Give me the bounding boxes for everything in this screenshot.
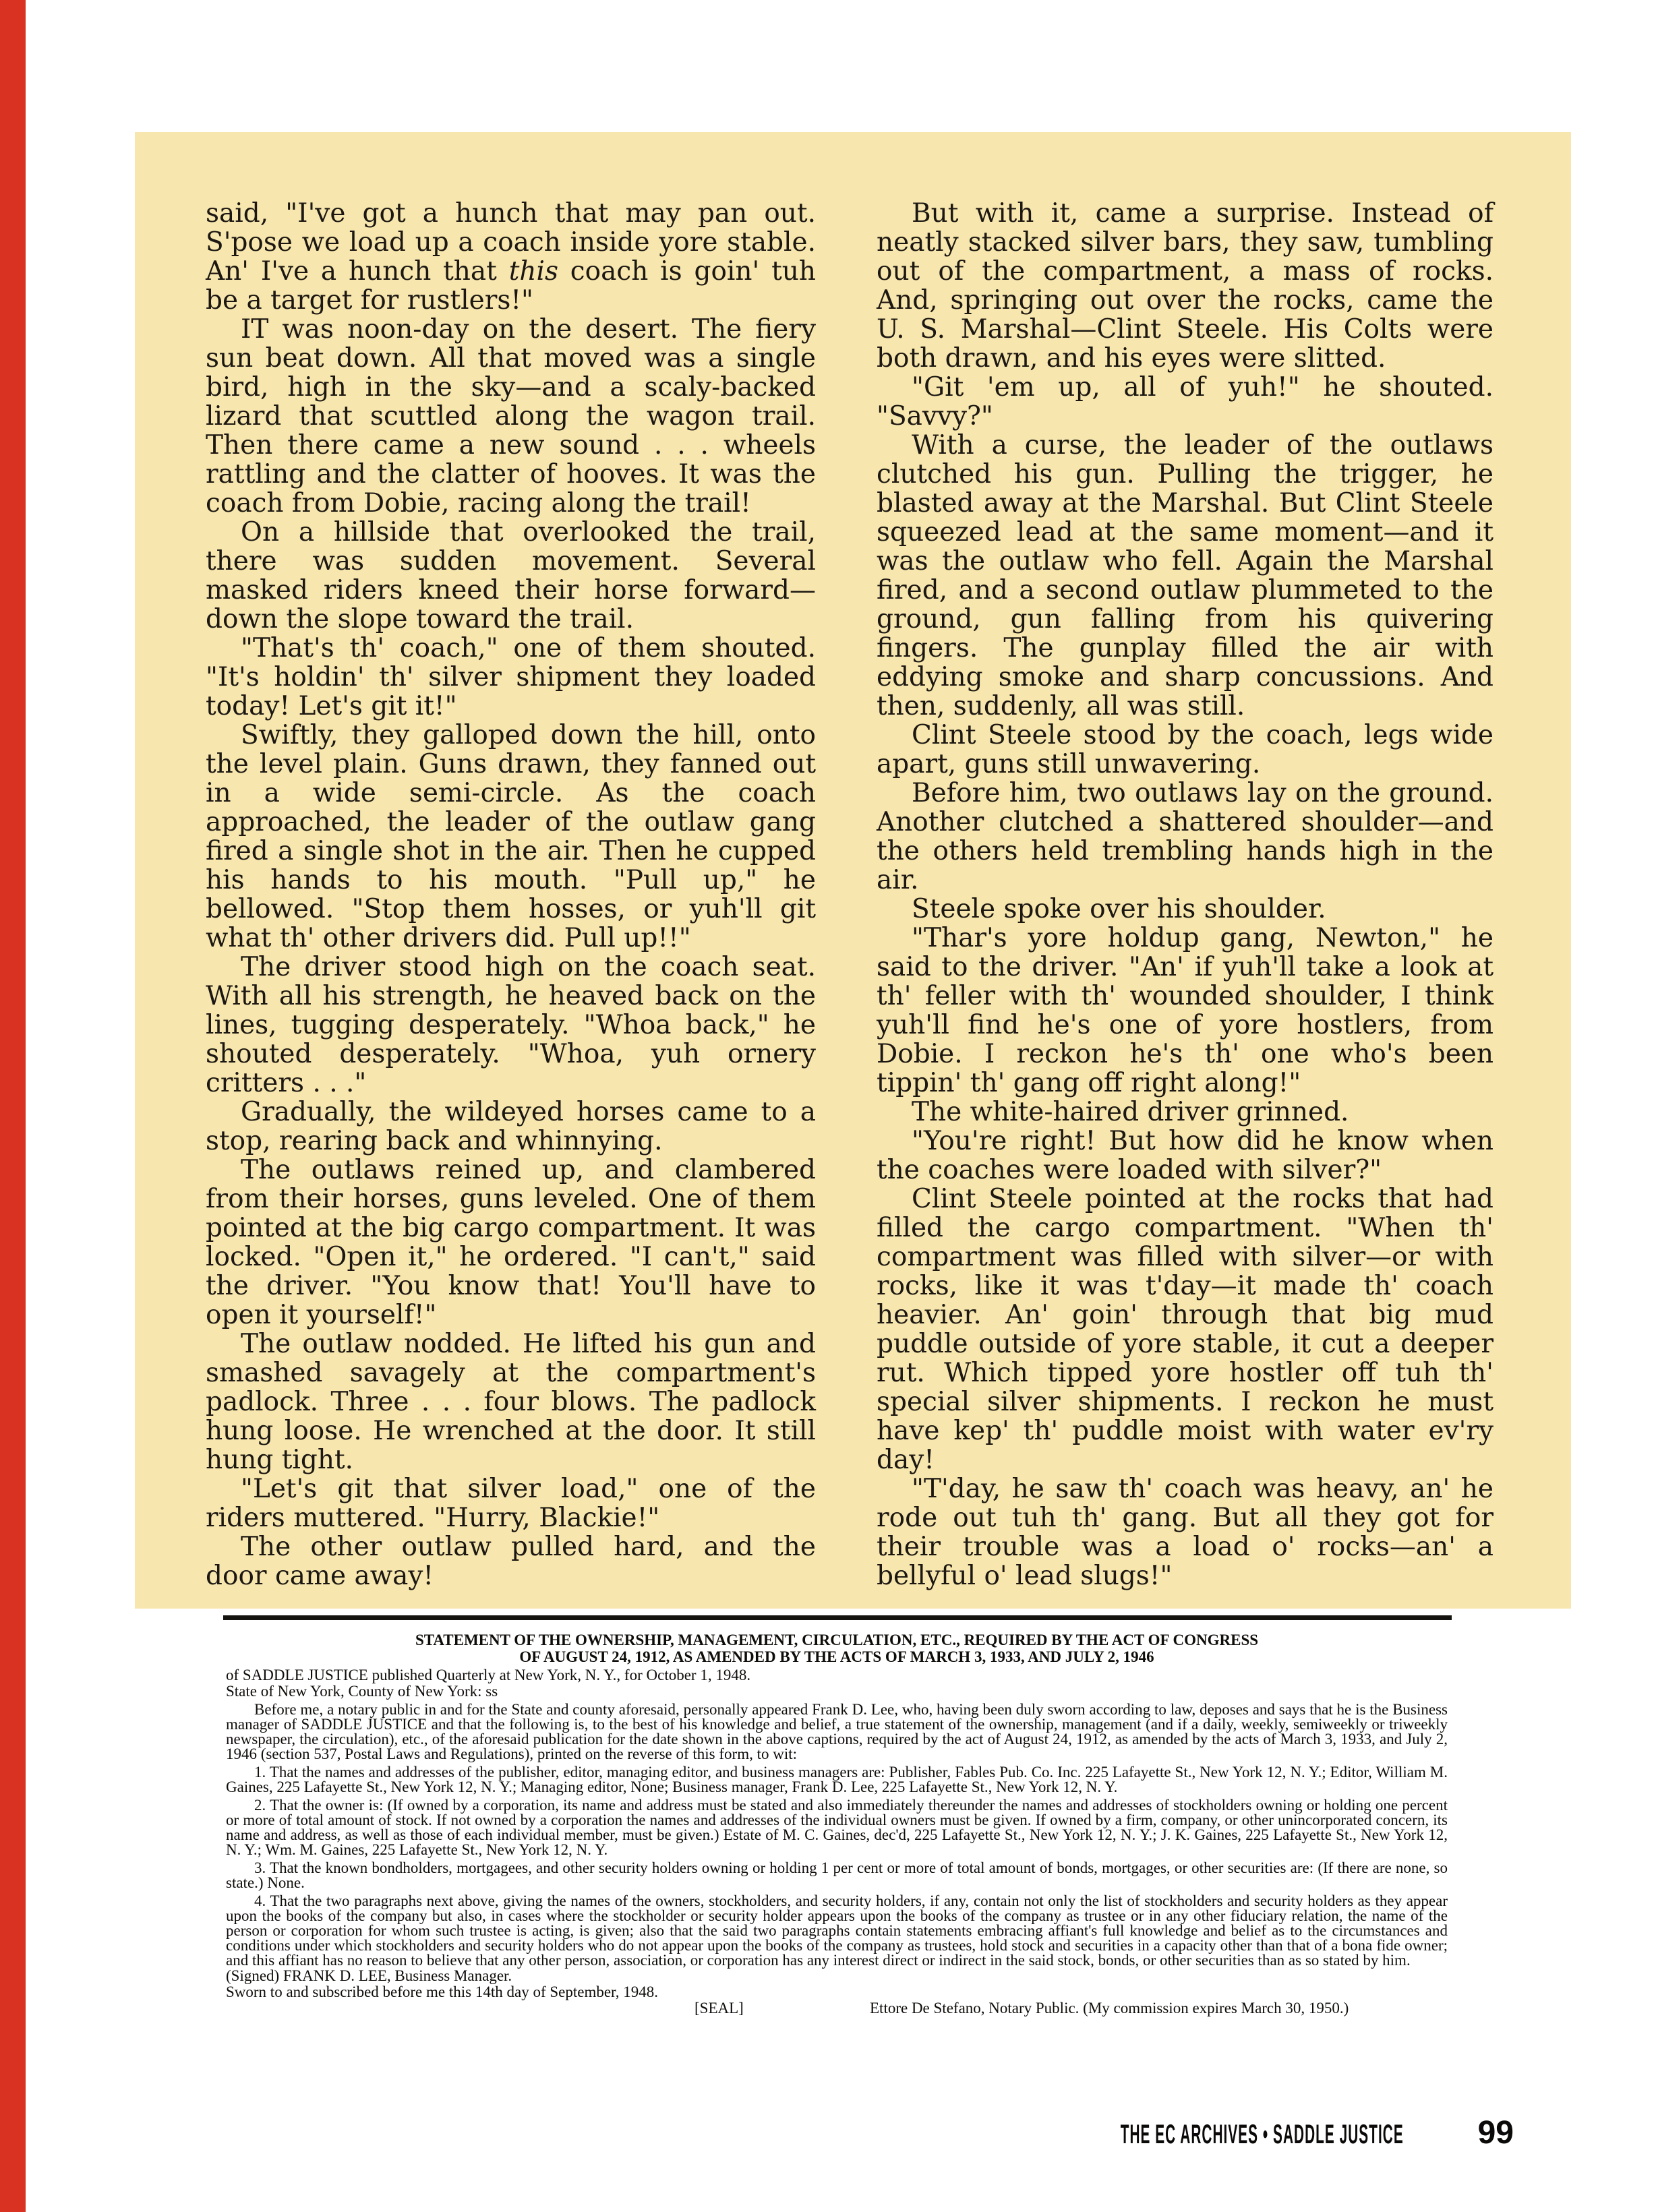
story-paragraph: "T'day, he saw th' coach was heavy, an' … (877, 1474, 1494, 1590)
story-paragraph: With a curse, the leader of the outlaws … (877, 431, 1494, 721)
story-paragraph: Steele spoke over his shoulder. (877, 895, 1494, 924)
story-page-panel: said, "I've got a hunch that may pan out… (135, 132, 1571, 1609)
story-paragraph: "Git 'em up, all of yuh!" he shouted. "S… (877, 373, 1494, 431)
story-paragraph: The other outlaw pulled hard, and the do… (206, 1532, 816, 1590)
story-paragraph: "That's th' coach," one of them shouted.… (206, 634, 816, 721)
divider-rule (223, 1615, 1452, 1620)
story-paragraph: The outlaws reined up, and clambered fro… (206, 1156, 816, 1329)
statement-heading-line2: OF AUGUST 24, 1912, AS AMENDED BY THE AC… (226, 1648, 1448, 1665)
statement-paragraph: 2. That the owner is: (If owned by a cor… (226, 1798, 1448, 1857)
story-paragraph: Clint Steele pointed at the rocks that h… (877, 1185, 1494, 1474)
statement-state-line: State of New York, County of New York: s… (226, 1683, 1448, 1700)
statement-publication-line: of SADDLE JUSTICE published Quarterly at… (226, 1667, 1448, 1683)
story-paragraph: IT was noon-day on the desert. The fiery… (206, 315, 816, 518)
story-paragraph: The white-haired driver grinned. (877, 1098, 1494, 1127)
footer-book-title: THE EC ARCHIVES • SADDLE JUSTICE (1121, 2120, 1404, 2150)
statement-paragraph: 1. That the names and addresses of the p… (226, 1765, 1448, 1795)
story-paragraph: On a hillside that overlooked the trail,… (206, 518, 816, 634)
scan-edge-stripe (0, 0, 26, 2212)
story-paragraph: Gradually, the wildeyed horses came to a… (206, 1098, 816, 1156)
story-paragraph: But with it, came a surprise. Instead of… (877, 199, 1494, 373)
story-paragraph: Before him, two outlaws lay on the groun… (877, 779, 1494, 895)
footer-page-number: 99 (1478, 2114, 1514, 2151)
statement-notary-row: [SEAL] Ettore De Stefano, Notary Public.… (226, 2000, 1448, 2016)
story-paragraph: said, "I've got a hunch that may pan out… (206, 199, 816, 315)
story-column-right: But with it, came a surprise. Instead of… (877, 199, 1494, 1590)
story-column-left: said, "I've got a hunch that may pan out… (206, 199, 816, 1590)
statement-paragraph: Before me, a notary public in and for th… (226, 1702, 1448, 1762)
story-paragraph: Clint Steele stood by the coach, legs wi… (877, 721, 1494, 779)
statement-paragraph: 3. That the known bondholders, mortgagee… (226, 1861, 1448, 1890)
story-paragraph: "Let's git that silver load," one of the… (206, 1474, 816, 1532)
story-paragraph: Swiftly, they galloped down the hill, on… (206, 721, 816, 953)
statement-signed-line: (Signed) FRANK D. LEE, Business Manager. (226, 1968, 1448, 1984)
statement-heading-line1: STATEMENT OF THE OWNERSHIP, MANAGEMENT, … (226, 1632, 1448, 1648)
page-footer: THE EC ARCHIVES • SADDLE JUSTICE 99 (859, 2114, 1514, 2151)
statement-sworn-line: Sworn to and subscribed before me this 1… (226, 1984, 1448, 2000)
story-paragraph: The driver stood high on the coach seat.… (206, 953, 816, 1098)
ownership-statement: STATEMENT OF THE OWNERSHIP, MANAGEMENT, … (226, 1632, 1448, 2016)
seal-label: [SEAL] (694, 2000, 744, 2016)
statement-paragraph: 4. That the two paragraphs next above, g… (226, 1894, 1448, 1968)
notary-line: Ettore De Stefano, Notary Public. (My co… (870, 2000, 1349, 2016)
story-paragraph: "Thar's yore holdup gang, Newton," he sa… (877, 924, 1494, 1098)
story-paragraph: The outlaw nodded. He lifted his gun and… (206, 1329, 816, 1474)
story-paragraph: "You're right! But how did he know when … (877, 1127, 1494, 1185)
statement-body: Before me, a notary public in and for th… (226, 1702, 1448, 1968)
